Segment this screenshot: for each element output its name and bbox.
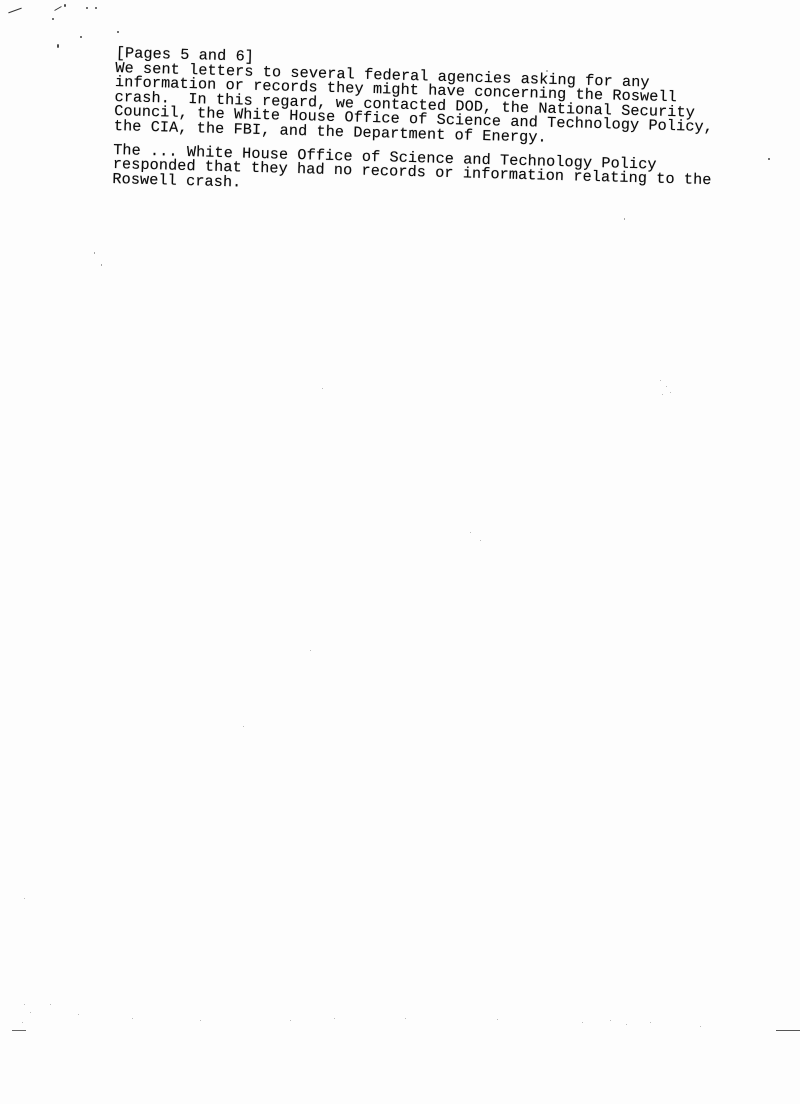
- scan-noise: [660, 380, 661, 381]
- scan-noise: [480, 540, 481, 541]
- scan-speck: [95, 7, 97, 9]
- scan-noise: [700, 1026, 701, 1027]
- scan-speck: [768, 158, 770, 160]
- scan-speck: [94, 252, 95, 254]
- scan-speck: [86, 7, 88, 9]
- scan-noise: [670, 392, 671, 393]
- scan-mark: [54, 6, 61, 11]
- scan-noise: [24, 1004, 25, 1005]
- scan-noise: [626, 1024, 627, 1025]
- scan-speck: [117, 31, 119, 33]
- scan-noise: [650, 1022, 651, 1023]
- scan-noise: [50, 1004, 51, 1005]
- scan-noise: [610, 1020, 611, 1021]
- scan-edge-line: [776, 1030, 800, 1031]
- document-body: [Pages 5 and 6] We sent letters to sever…: [112, 46, 756, 204]
- scan-speck: [64, 4, 66, 7]
- scan-speck: [101, 264, 102, 266]
- scan-noise: [666, 386, 667, 387]
- scan-speck: [80, 36, 82, 38]
- scan-noise: [22, 1022, 23, 1023]
- scan-speck: [57, 44, 59, 48]
- scan-noise: [200, 1020, 201, 1021]
- scan-noise: [12, 1030, 26, 1031]
- scan-noise: [322, 388, 323, 389]
- scan-speck: [546, 70, 548, 72]
- scan-noise: [290, 1020, 291, 1021]
- scan-noise: [24, 898, 25, 899]
- scan-noise: [132, 1018, 133, 1019]
- scanned-page: [Pages 5 and 6] We sent letters to sever…: [0, 0, 800, 1104]
- paragraph-ostp-response: The ... White House Office of Science an…: [112, 143, 753, 204]
- scan-noise: [662, 394, 663, 395]
- scan-speck: [52, 18, 54, 20]
- scan-noise: [470, 532, 471, 533]
- scan-noise: [78, 1014, 79, 1015]
- scan-mark: [8, 8, 21, 14]
- scan-noise: [310, 650, 311, 651]
- scan-noise: [334, 1018, 335, 1019]
- scan-noise: [243, 726, 244, 727]
- scan-noise: [405, 1018, 406, 1019]
- scan-noise: [30, 1012, 31, 1013]
- scan-noise: [497, 1019, 498, 1020]
- scan-speck: [624, 218, 625, 220]
- scan-noise: [582, 1022, 583, 1023]
